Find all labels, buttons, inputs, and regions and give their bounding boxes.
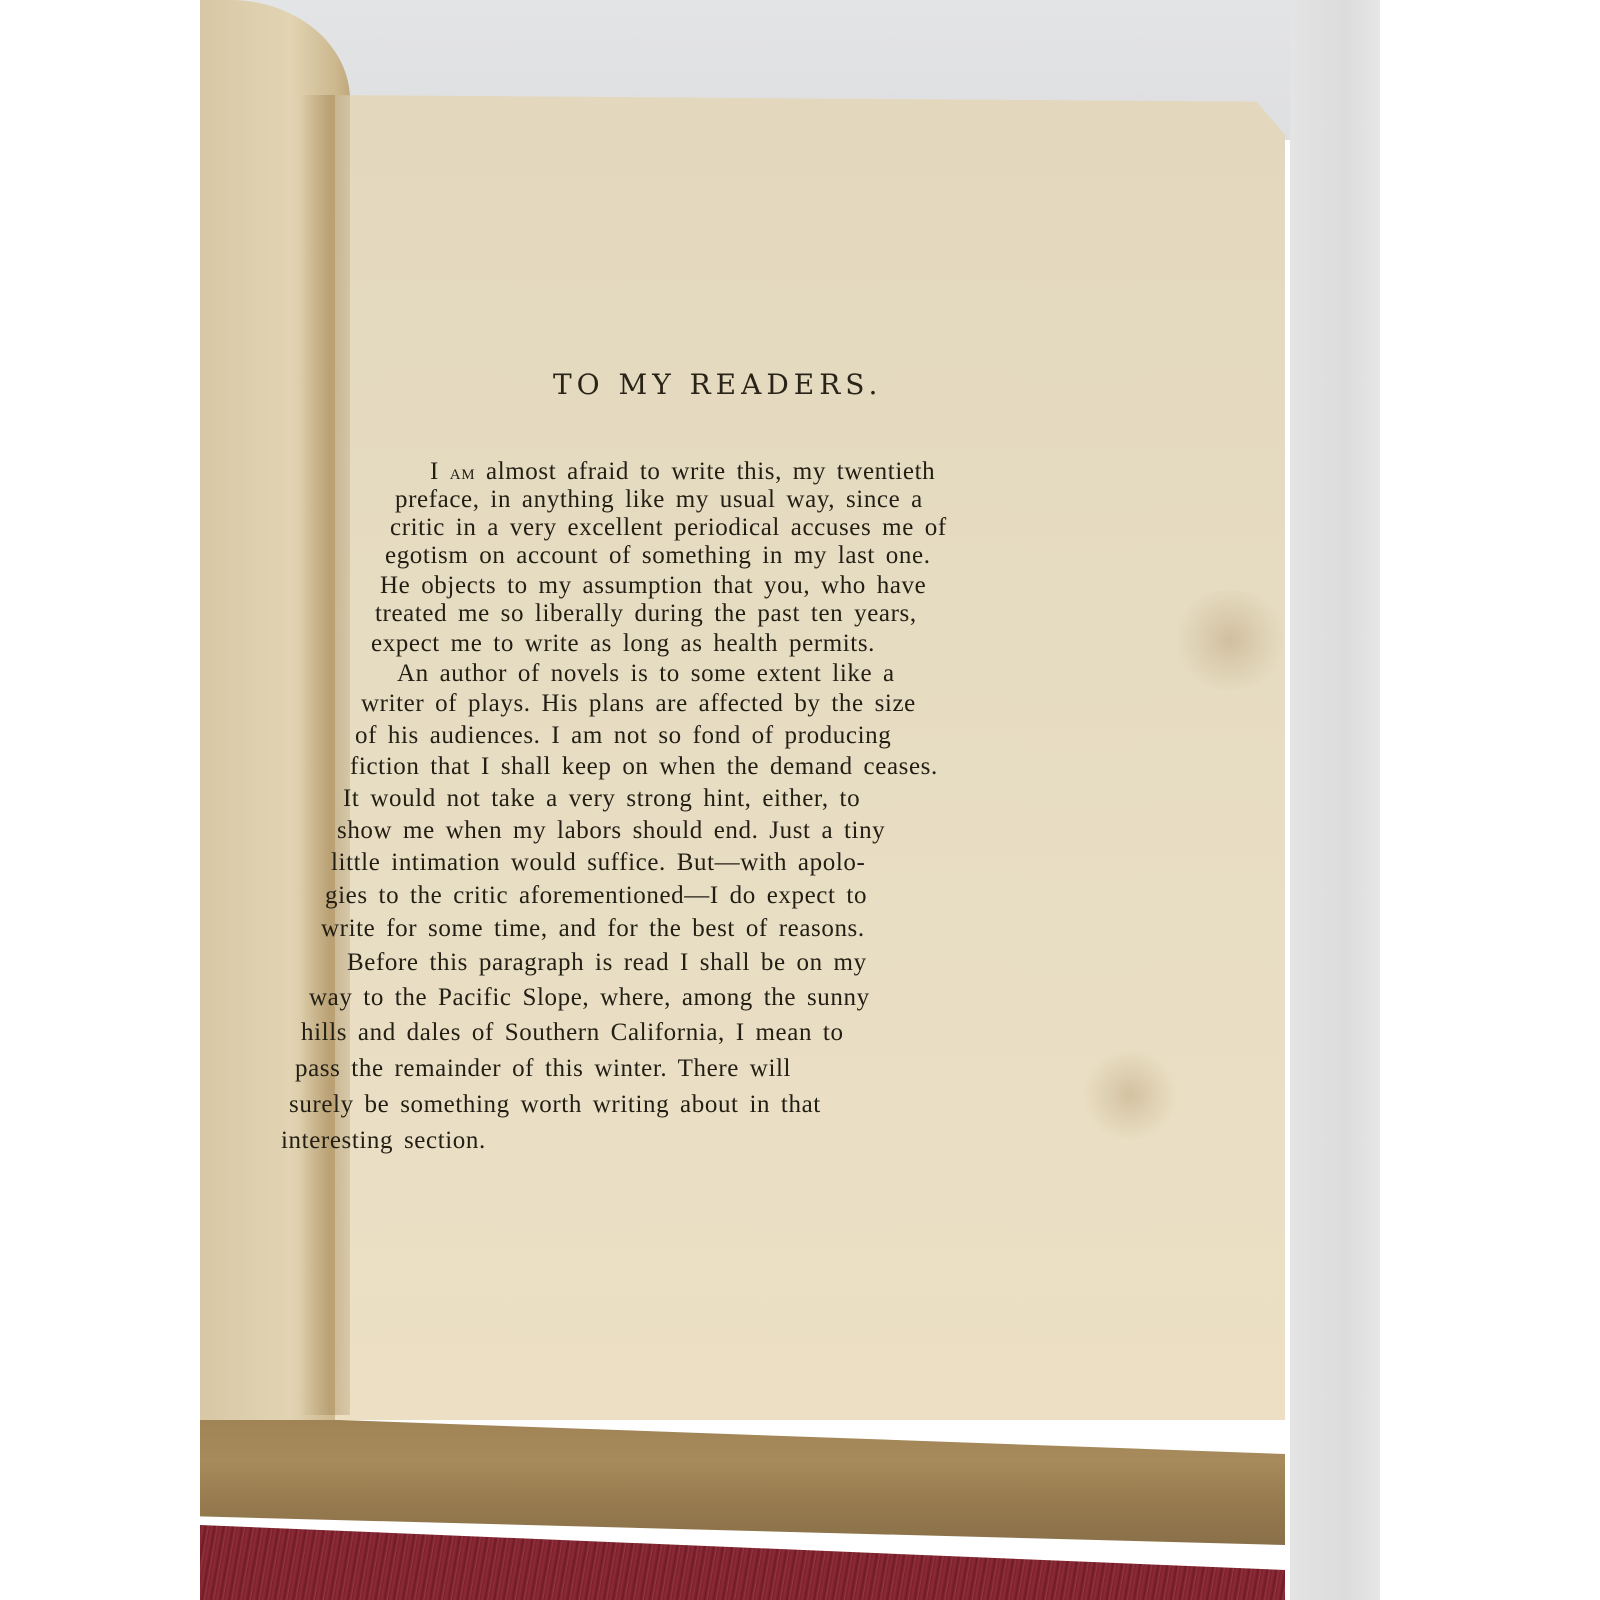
text-line: way to the Pacific Slope, where, among t… (309, 984, 870, 1012)
text-line: pass the remainder of this winter. There… (295, 1055, 791, 1083)
book-page-block-edge (200, 1415, 1285, 1545)
text-line: fiction that I shall keep on when the de… (350, 753, 938, 781)
background-far-right (1380, 0, 1600, 1600)
background-left (0, 0, 200, 1600)
text-line: write for some time, and for the best of… (321, 915, 865, 943)
text-line: little intimation would suffice. But—wit… (331, 849, 865, 877)
text-line: treated me so liberally during the past … (375, 600, 917, 628)
text-line: hills and dales of Southern California, … (301, 1019, 844, 1047)
text-line: interesting section. (281, 1127, 486, 1155)
text-line: He objects to my assumption that you, wh… (380, 572, 926, 600)
text-line: An author of novels is to some extent li… (397, 660, 895, 688)
text-line: writer of plays. His plans are affected … (361, 690, 916, 718)
text-line: show me when my labors should end. Just … (337, 817, 885, 845)
text-line: It would not take a very strong hint, ei… (343, 785, 860, 813)
text-line: of his audiences. I am not so fond of pr… (355, 722, 891, 750)
text-line: gies to the critic aforementioned—I do e… (325, 882, 867, 910)
text-line: I am almost afraid to write this, my twe… (430, 458, 935, 486)
text-line: egotism on account of something in my la… (385, 542, 931, 570)
page-content: TO MY READERS. I am almost afraid to wri… (335, 95, 1285, 1420)
text-line: preface, in anything like my usual way, … (395, 486, 923, 514)
text-line: Before this paragraph is read I shall be… (347, 949, 867, 977)
text-line: critic in a very excellent periodical ac… (390, 514, 947, 542)
page-title: TO MY READERS. (553, 368, 882, 401)
background-right-shadow (1290, 0, 1380, 1600)
text-line: expect me to write as long as health per… (371, 630, 875, 658)
text-line: surely be something worth writing about … (289, 1091, 821, 1119)
